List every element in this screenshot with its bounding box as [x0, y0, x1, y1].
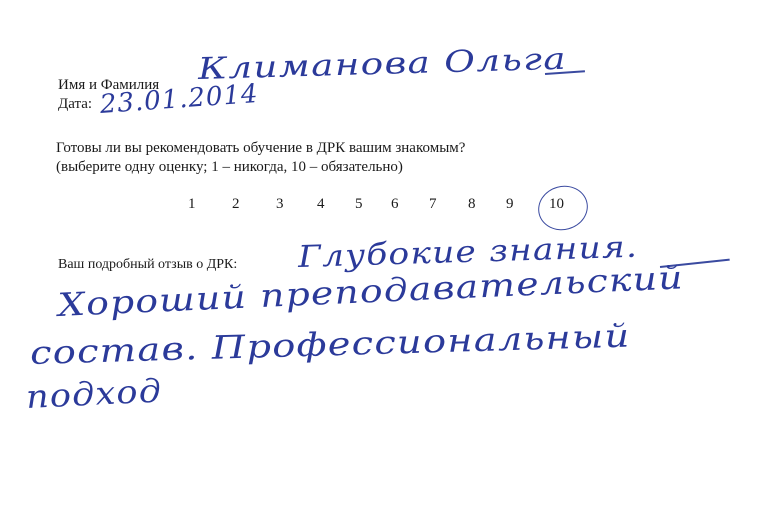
score-6[interactable]: 6 [391, 196, 399, 213]
selected-score-circle [533, 180, 593, 235]
score-3[interactable]: 3 [276, 196, 284, 213]
feedback-line-4: подход [25, 372, 163, 416]
feedback-line-3: состав. Профессиональный [29, 317, 631, 372]
score-1[interactable]: 1 [188, 196, 196, 213]
question-line-1: Готовы ли вы рекомендовать обучение в ДР… [56, 140, 465, 157]
feedback-label: Ваш подробный отзыв о ДРК: [58, 257, 237, 273]
score-9[interactable]: 9 [506, 196, 514, 213]
score-4[interactable]: 4 [317, 196, 325, 213]
score-2[interactable]: 2 [232, 196, 240, 213]
date-label: Дата: [58, 96, 92, 113]
question-line-2: (выберите одну оценку; 1 – никогда, 10 –… [56, 159, 403, 176]
score-7[interactable]: 7 [429, 196, 437, 213]
score-8[interactable]: 8 [468, 196, 476, 213]
rating-scale: 1 2 3 4 5 6 7 8 9 10 [188, 196, 588, 220]
score-5[interactable]: 5 [355, 196, 363, 213]
